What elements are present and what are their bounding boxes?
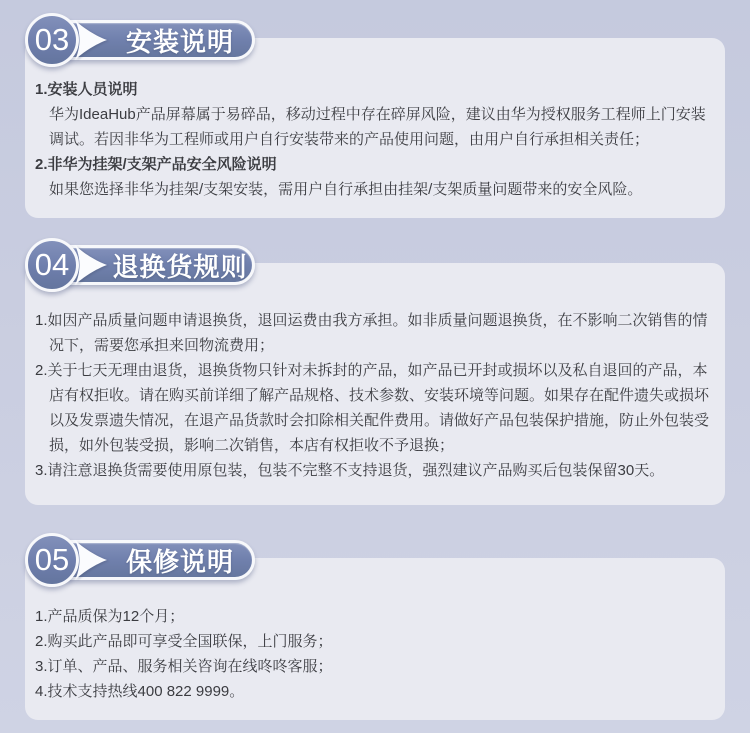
item-heading: 1.安装人员说明 xyxy=(35,77,712,102)
returns-panel: 1.如因产品质量问题申请退换货，退回运费由我方承担。如非质量问题退换货，在不影响… xyxy=(25,263,725,505)
item-text: 如果您选择非华为挂架/支架安装，需用户自行承担由挂架/支架质量问题带来的安全风险… xyxy=(35,177,712,202)
section-title: 安装说明 xyxy=(113,20,247,60)
section-number: 05 xyxy=(35,542,69,578)
chevron-right-icon xyxy=(74,540,108,580)
product-description-page: 03 安装说明 1.安装人员说明 华为IdeaHub产品屏幕属于易碎品，移动过程… xyxy=(0,0,750,733)
section-installation: 03 安装说明 1.安装人员说明 华为IdeaHub产品屏幕属于易碎品，移动过程… xyxy=(25,13,725,218)
list-item: 4.技术支持热线400 822 9999。 xyxy=(35,679,712,704)
section-title: 退换货规则 xyxy=(113,245,247,285)
list-item: 2.关于七天无理由退货，退换货物只针对未拆封的产品，如产品已开封或损坏以及私自退… xyxy=(35,358,712,458)
list-item: 3.请注意退换货需要使用原包装，包装不完整不支持退货，强烈建议产品购买后包装保留… xyxy=(35,458,712,483)
item-heading: 2.非华为挂架/支架产品安全风险说明 xyxy=(35,152,712,177)
section-title: 保修说明 xyxy=(113,540,247,580)
section-badge-warranty: 05 保修说明 xyxy=(25,533,255,587)
section-badge-installation: 03 安装说明 xyxy=(25,13,255,67)
badge-number-circle: 03 xyxy=(25,13,79,67)
section-badge-returns: 04 退换货规则 xyxy=(25,238,255,292)
section-number: 04 xyxy=(35,247,69,283)
chevron-right-icon xyxy=(74,245,108,285)
section-number: 03 xyxy=(35,22,69,58)
list-item: 2.非华为挂架/支架产品安全风险说明 如果您选择非华为挂架/支架安装，需用户自行… xyxy=(35,152,712,202)
list-item: 1.如因产品质量问题申请退换货，退回运费由我方承担。如非质量问题退换货，在不影响… xyxy=(35,308,712,358)
list-item: 2.购买此产品即可享受全国联保，上门服务； xyxy=(35,629,712,654)
item-text: 华为IdeaHub产品屏幕属于易碎品，移动过程中存在碎屏风险，建议由华为授权服务… xyxy=(35,102,712,152)
list-item: 3.订单、产品、服务相关咨询在线咚咚客服； xyxy=(35,654,712,679)
section-warranty: 05 保修说明 1.产品质保为12个月； 2.购买此产品即可享受全国联保，上门服… xyxy=(25,533,725,720)
list-item: 1.产品质保为12个月； xyxy=(35,604,712,629)
list-item: 1.安装人员说明 华为IdeaHub产品屏幕属于易碎品，移动过程中存在碎屏风险，… xyxy=(35,77,712,152)
section-returns: 04 退换货规则 1.如因产品质量问题申请退换货，退回运费由我方承担。如非质量问… xyxy=(25,238,725,505)
chevron-right-icon xyxy=(74,20,108,60)
badge-number-circle: 04 xyxy=(25,238,79,292)
badge-number-circle: 05 xyxy=(25,533,79,587)
